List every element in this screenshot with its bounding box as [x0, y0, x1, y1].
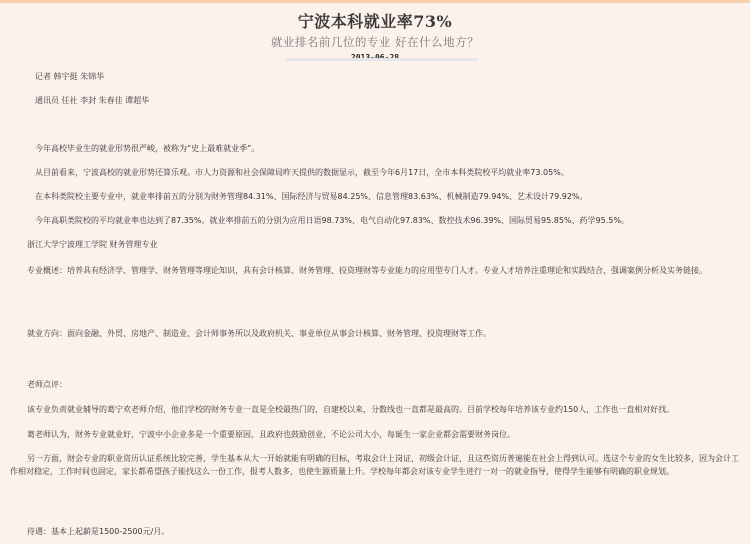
top-border	[0, 0, 750, 3]
major-overview: 专业概述：培养具有经济学、管理学、财务管理等理论知识，具有会计核算、财务管理、投…	[10, 264, 742, 277]
paragraph-overall-rate: 从目前看来，宁波高校的就业形势还算乐观。市人力资源和社会保障局昨天提供的数据显示…	[35, 166, 569, 179]
article-title: 宁波本科就业率73%	[0, 12, 750, 32]
employment-direction: 就业方向：面向金融、外贸、房地产、制造业、会计师事务所以及政府机关、事业单位从事…	[27, 327, 491, 340]
teacher-comment-heading: 老师点评：	[27, 378, 67, 391]
teacher-comment-3: 另一方面，财会专业的职业资历认证系统比较完善，学生基本从大一开始就能有明确的目标…	[10, 452, 740, 478]
salary-info: 待遇：基本上起薪是1500-2500元/月。	[27, 525, 169, 538]
correspondents-line: 通讯员 任社 李封 朱春佳 谭超华	[35, 94, 149, 107]
paragraph-intro: 今年高校毕业生的就业形势很严峻，被称为“史上最难就业季”。	[35, 142, 259, 155]
article-subtitle: 就业排名前几位的专业 好在什么地方？	[0, 35, 750, 49]
teacher-comment-2: 葛老师认为，财务专业就业好，宁波中小企业多是一个重要原因，且政府也鼓励创业，不论…	[27, 428, 515, 441]
school-major-heading: 浙江大学宁波理工学院 财务管理专业	[27, 238, 158, 251]
reporter-line: 记者 韩宇挺 朱锦华	[35, 70, 104, 83]
header-divider	[285, 58, 477, 61]
paragraph-undergrad-top5: 在本科类院校主要专业中，就业率排前五的分别为财务管理84.31%、国际经济与贸易…	[35, 190, 588, 203]
teacher-comment-1: 该专业负责就业辅导的葛宁欢老师介绍，他们学校的财务专业一直是全校最热门的，自建校…	[27, 403, 674, 416]
article-header: 宁波本科就业率73% 就业排名前几位的专业 好在什么地方？ 2013-06-28	[0, 12, 750, 62]
paragraph-vocational-top5: 今年高职类院校的平均就业率也达到了87.35%。就业率排前五的分别为应用日语98…	[35, 214, 629, 227]
